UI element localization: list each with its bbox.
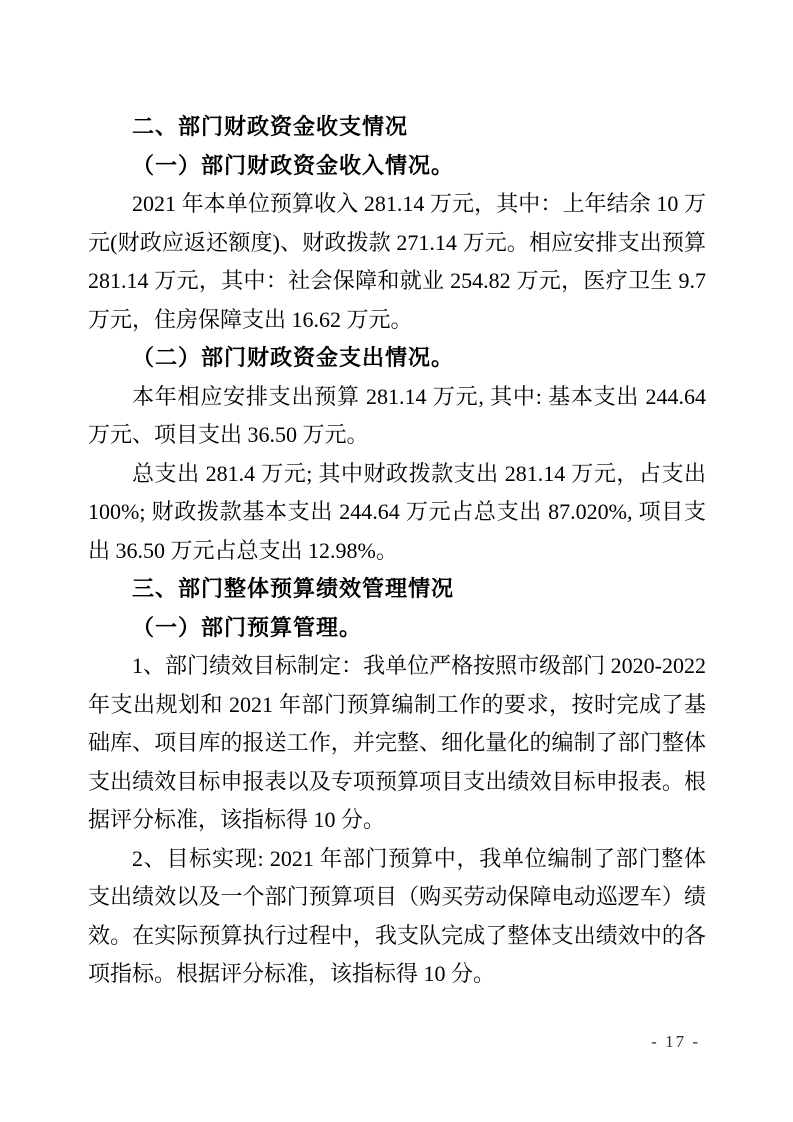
document-content: 二、部门财政资金收支情况 （一）部门财政资金收入情况。 2021 年本单位预算收… (88, 108, 706, 994)
paragraph-expenditure-budget: 本年相应安排支出预算 281.14 万元, 其中: 基本支出 244.64 万元… (88, 378, 706, 455)
subsection-heading-revenue: （一）部门财政资金收入情况。 (88, 147, 706, 186)
paragraph-total-expenditure: 总支出 281.4 万元; 其中财政拨款支出 281.14 万元，占支出 100… (88, 455, 706, 571)
section-heading-fiscal-funds: 二、部门财政资金收支情况 (88, 108, 706, 147)
paragraph-revenue-details: 2021 年本单位预算收入 281.14 万元，其中：上年结余 10 万元(财政… (88, 185, 706, 339)
section-heading-performance-management: 三、部门整体预算绩效管理情况 (88, 570, 706, 609)
subsection-heading-expenditure: （二）部门财政资金支出情况。 (88, 339, 706, 378)
paragraph-target-achievement: 2、目标实现: 2021 年部门预算中，我单位编制了部门整体支出绩效以及一个部门… (88, 840, 706, 994)
document-page: 二、部门财政资金收支情况 （一）部门财政资金收入情况。 2021 年本单位预算收… (0, 0, 793, 1122)
page-number: - 17 - (651, 1032, 700, 1052)
paragraph-performance-target-setting: 1、部门绩效目标制定：我单位严格按照市级部门 2020-2022 年支出规划和 … (88, 647, 706, 840)
subsection-heading-budget-management: （一）部门预算管理。 (88, 609, 706, 648)
